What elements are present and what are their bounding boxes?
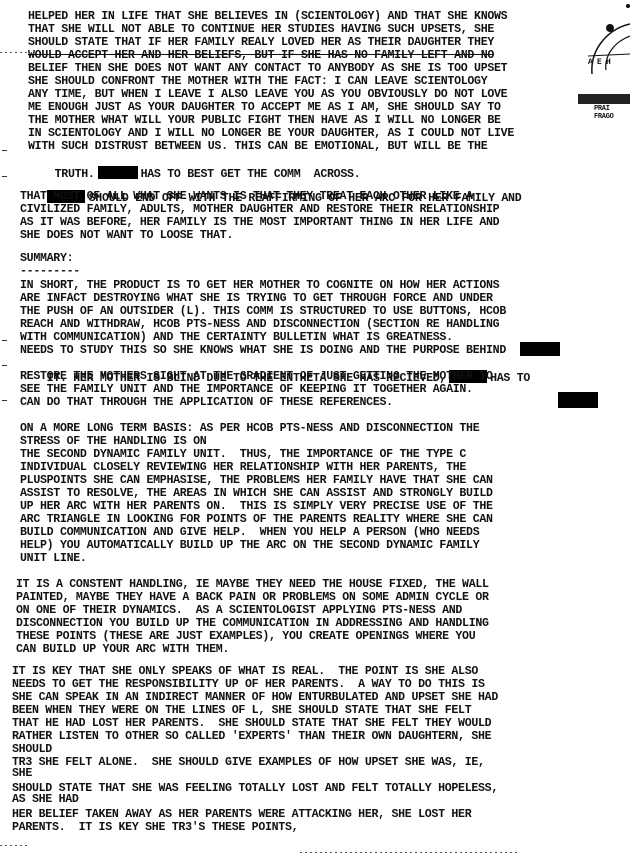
text-line: REACH AND WITHDRAW, HCOB PTS-NESS AND DI… [20,318,499,331]
text-line: SHE CAN SPEAK IN AN INDIRECT MANNER OF H… [12,691,498,704]
text-line: THAT HE HAD LOST HER PARENTS. SHE SHOULD… [12,717,491,730]
summary-rule: --------- [20,265,80,278]
text-line: SHE DOES NOT WANT TO LOOSE THAT. [20,229,233,242]
text-line: IN SHORT, THE PRODUCT IS TO GET HER MOTH… [20,279,499,292]
text-line-struck: WOULD ACCEPT HER AND HER BELIEFS, BUT IF… [28,49,494,62]
text-line: STRESS OF THE HANDLING IS ON [20,435,206,448]
text-line: PLUSPOINTS SHE CAN EMPHASISE, THE PROBLE… [20,474,493,487]
text-line: NEEDS TO GET THE RESPONSIBILITY UP OF HE… [12,678,485,691]
summary-heading: SUMMARY: [20,252,73,265]
text-line: THESE POINTS (THESE ARE JUST EXAMPLES), … [16,630,475,643]
text-line: TR3 SHE FELT ALONE. SHE SHOULD GIVE EXAM… [12,756,485,769]
text-line: THE SECOND DYNAMIC FAMILY UNIT. THUS, TH… [20,448,466,461]
scan-artifact [0,845,30,846]
scan-artifact [0,52,30,53]
text-line: HELP) YOU AUTOMATICALLY BUILD UP THE ARC… [20,539,479,552]
document-page: A E H PRAI FRAGO HELPED HER IN LIFE THAT… [0,0,630,863]
text-line: ON A MORE LONG TERM BASIS: AS PER HCOB P… [20,422,479,435]
text-line: SHE [12,767,32,780]
stamp-small-text: PRAI FRAGO [594,105,630,121]
text-line: ANY TIME, BUT WHEN I LEAVE I ALSO LEAVE … [28,88,507,101]
text-line: AS IT WAS BEFORE, HER FAMILY IS THE MOST… [20,216,499,229]
text-line: ME ENOUGH JUST AS YOUR DAUGHTER TO ACCEP… [28,101,501,114]
scan-artifact [2,400,7,401]
text-line: SEE THE FAMILY UNIT AND THE IMPORTANCE O… [20,383,473,396]
text-line: ASSIST TO RESOLVE, THE AREAS IN WHICH SH… [20,487,493,500]
text-line: PARENTS. IT IS KEY SHE TR3'S THESE POINT… [12,821,298,834]
text-line: HELPED HER IN LIFE THAT SHE BELIEVES IN … [28,10,507,23]
text-line: INDIVIDUAL CLOSELY REVIEWING HER RELATIO… [20,461,466,474]
text-line: IN SCIENTOLOGY AND I WILL NO LONGER BE Y… [28,127,514,140]
text-line: SHOULD STATE THAT SHE WAS FEELING TOTALL… [12,782,498,795]
text-line: BEEN WHEN THEY WERE ON THE LINES OF L, S… [12,704,471,717]
text-fragment: HAS TO [490,372,530,385]
text-line: ARE INFACT DESTROYING WHAT SHE IS TRYING… [20,292,493,305]
text-line: UP HER ARC WITH HER PARENTS ON. THIS IS … [20,500,493,513]
scan-artifact [2,176,7,177]
text-line: PAINTED, MAYBE THEY HAVE A BACK PAIN OR … [16,591,489,604]
text-line: CAN DO THAT THROUGH THE APPLICATION OF T… [20,396,393,409]
redaction-block [558,392,598,408]
text-line: ARC TRIANGLE IN LOOKING FOR POINTS OF TH… [20,513,493,526]
scan-artifact [2,340,7,341]
text-line: SHOULD [12,743,52,756]
text-line: SHE SHOULD CONFRONT THE MOTHER WITH THE … [28,75,487,88]
text-line: CIVILIZED FAMILY, ADULTS, MOTHER DAUGHTE… [20,203,499,216]
text-line: CAN BUILD UP YOUR ARC WITH THEM. [16,643,229,656]
text-line: HER BELIEF TAKEN AWAY AS HER PARENTS WER… [12,808,471,821]
text-line: THE MOTHER WHAT WILL YOUR PUBLIC FIGHT T… [28,114,501,127]
text-line: RATHER LISTEN TO OTHER SO CALLED 'EXPERT… [12,730,491,743]
text-line: DISCONNECTION YOU BUILD UP THE COMMUNICA… [16,617,489,630]
text-line: UNIT LINE. [20,552,87,565]
scan-artifact [2,365,7,366]
text-line: THAT MOST OF ALL WHAT SHE WANTS IS THAT … [20,190,473,203]
scan-artifact [300,852,520,853]
text-line: BELIEF THEN SHE DOES NOT WANT ANY CONTAC… [28,62,507,75]
text-line: NEEDS TO STUDY THIS SO SHE KNOWS WHAT SH… [20,344,506,357]
text-line: BUILD COMMUNICATION AND GIVE HELP. WHEN … [20,526,479,539]
official-stamp: A E H PRAI FRAGO [548,4,630,114]
text-line: THE PUSH OF AN OUTSIDER (L). THIS COMM I… [20,305,506,318]
text-line: WITH SUCH DISTRUST BETWEEN US. THIS CAN … [28,140,487,153]
text-line: ON ONE OF THEIR DYNAMICS. AS A SCIENTOLO… [16,604,462,617]
text-line: WITH COMMUNICATION) AND THE CERTAINTY BU… [20,331,453,344]
text-line: THAT SHE WILL NOT ABLE TO CONTINUE HER S… [28,23,494,36]
text-line: AS SHE HAD [12,793,79,806]
stamp-letters: A E H [588,58,611,67]
text-line: SHOULD STATE THAT IF HER FAMILY REALY LO… [28,36,494,49]
text-line: RESTORE THE MOTHERS SIGHT AT THE GRADIEN… [20,370,493,383]
scan-artifact [2,150,7,151]
text-line: IT IS KEY THAT SHE ONLY SPEAKS OF WHAT I… [12,665,478,678]
text-line: IT IS A CONSTENT HANDLING, IE MAYBE THEY… [16,578,489,591]
redaction-block [520,342,560,356]
